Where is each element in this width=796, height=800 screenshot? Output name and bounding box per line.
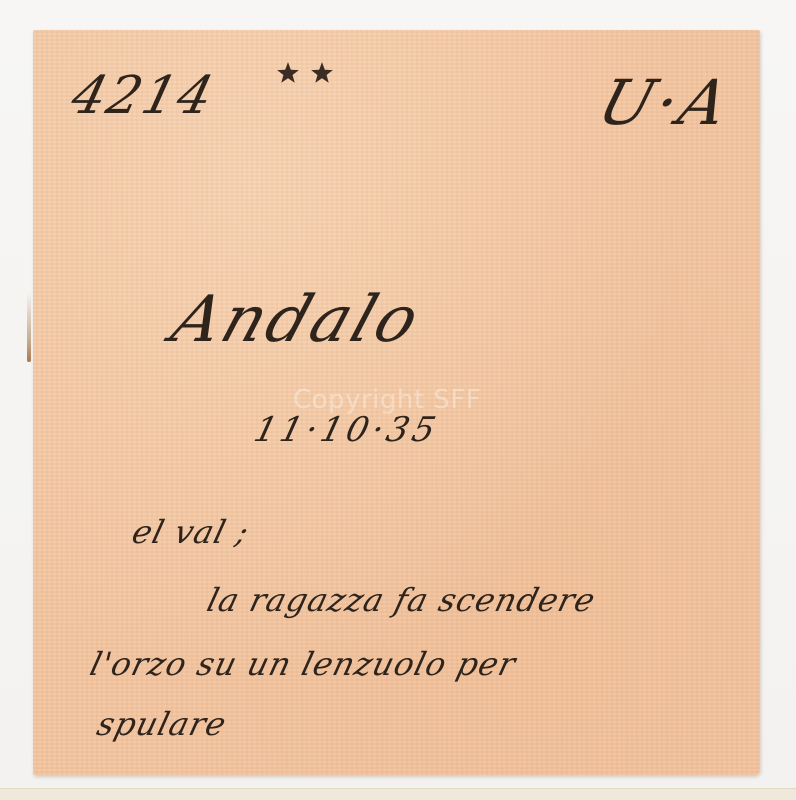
star-icon bbox=[275, 60, 301, 86]
rating-stars bbox=[275, 60, 335, 86]
text-line: l'orzo su un lenzuolo per bbox=[87, 648, 519, 680]
place-name: Andalo bbox=[165, 288, 429, 352]
mount-edge bbox=[0, 788, 796, 800]
fold-mark bbox=[27, 292, 31, 362]
collection-mark: U·A bbox=[592, 72, 739, 134]
document-card: 4214 U·A Andalo Copyright SFF 11·10·35 e… bbox=[33, 30, 760, 775]
date: 11·10·35 bbox=[251, 413, 443, 447]
text-line: spulare bbox=[94, 708, 230, 740]
star-icon bbox=[309, 60, 335, 86]
text-line: el val ; bbox=[129, 516, 253, 548]
text-line: la ragazza fa scendere bbox=[204, 584, 599, 616]
catalog-number: 4214 bbox=[67, 70, 220, 122]
